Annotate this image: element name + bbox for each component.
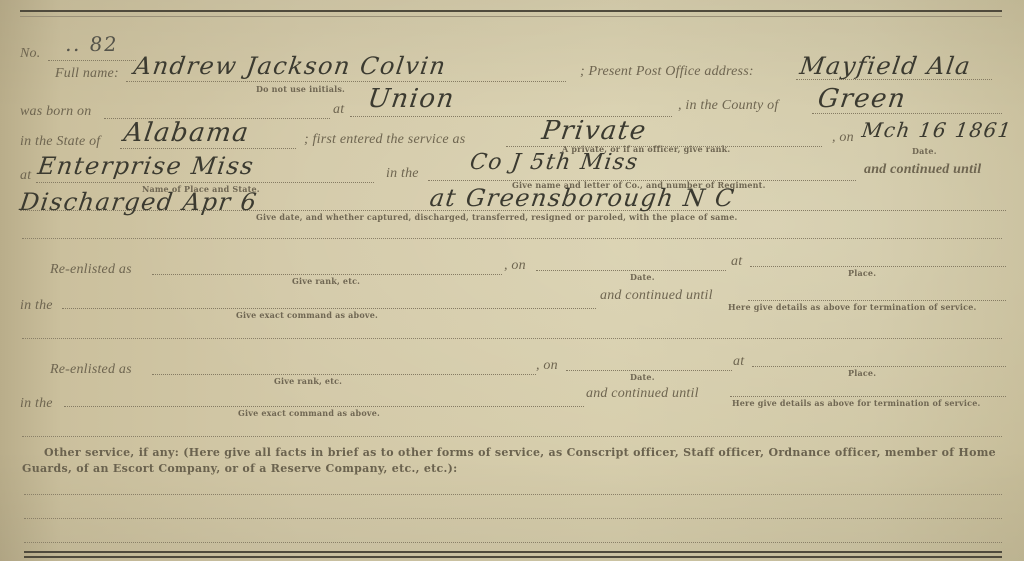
entered-on-field[interactable]: Mch 16 1861 (860, 118, 1013, 142)
reenlisted-termination-line-2[interactable] (730, 396, 1006, 397)
born-at-label: at (333, 102, 344, 118)
at-label-2: at (733, 354, 744, 370)
termination-hint-2: Here give details as above for terminati… (732, 398, 981, 408)
reenlisted-command-line-1[interactable] (62, 308, 596, 309)
place-hint-1: Place. (848, 268, 876, 278)
company-label: in the (386, 166, 419, 182)
reenlisted-rank-line-1[interactable] (152, 274, 502, 275)
other-service-line-1: Other service, if any: (Here give all fa… (44, 446, 996, 459)
blank-line[interactable] (22, 238, 1002, 239)
on-label-2: , on (536, 358, 558, 374)
entered-service-field[interactable]: Private (540, 116, 649, 146)
other-service-input-line-3[interactable] (24, 542, 1002, 543)
number-field[interactable]: .. 82 (64, 32, 119, 56)
continued-until-label-2: and continued until (586, 386, 699, 402)
reenlisted-date-line-1[interactable] (536, 270, 726, 271)
termination-hint-1: Here give details as above for terminati… (728, 302, 977, 312)
rank-hint-2: Give rank, etc. (274, 376, 342, 386)
county-label: , in the County of (678, 98, 778, 114)
full-name-label: Full name: (55, 66, 119, 82)
state-line (120, 148, 296, 149)
termination-hint: Give date, and whether captured, dischar… (256, 212, 737, 222)
blank-line-3[interactable] (22, 436, 1002, 437)
state-field[interactable]: Alabama (122, 118, 252, 148)
reenlisted-rank-line-2[interactable] (152, 374, 536, 375)
full-name-line (126, 81, 566, 82)
other-service-line-2: Guards, of an Escort Company, or of a Re… (22, 462, 458, 475)
entered-service-label: ; first entered the service as (304, 132, 465, 148)
on-label-1: , on (504, 258, 526, 274)
post-office-field[interactable]: Mayfield Ala (798, 52, 973, 80)
entered-on-label: , on (832, 130, 854, 146)
date-hint-1: Date. (630, 272, 655, 282)
reenlisted-place-line-2[interactable] (752, 366, 1006, 367)
blank-line-2[interactable] (22, 338, 1002, 339)
entered-on-hint: Date. (912, 146, 937, 156)
in-the-label-1: in the (20, 298, 53, 314)
place-hint-2: Place. (848, 368, 876, 378)
reenlisted-command-line-2[interactable] (64, 406, 584, 407)
post-office-label: ; Present Post Office address: (580, 64, 754, 80)
command-hint-2: Give exact command as above. (238, 408, 380, 418)
at-label-1: at (731, 254, 742, 270)
reenlisted-termination-line-1[interactable] (748, 300, 1006, 301)
place-field[interactable]: Enterprise Miss (36, 152, 256, 180)
reenlisted-place-line-1[interactable] (750, 266, 1006, 267)
place-label: at (20, 168, 31, 184)
number-field-line (48, 60, 136, 61)
command-hint-1: Give exact command as above. (236, 310, 378, 320)
top-rule-inner (20, 16, 1002, 17)
continued-until-label-1: and continued until (600, 288, 713, 304)
other-service-input-line-1[interactable] (24, 494, 1002, 495)
state-label: in the State of (20, 134, 100, 150)
born-on-label: was born on (20, 104, 91, 120)
county-field[interactable]: Green (816, 84, 908, 114)
number-label: No. (20, 46, 40, 62)
date-hint-2: Date. (630, 372, 655, 382)
reenlisted-date-line-2[interactable] (566, 370, 732, 371)
born-at-field[interactable]: Union (366, 84, 457, 114)
bottom-rule (24, 551, 1002, 553)
bottom-rule-lower (24, 556, 1002, 558)
reenlisted-label-1: Re-enlisted as (50, 262, 132, 278)
top-rule (20, 10, 1002, 12)
full-name-hint: Do not use initials. (256, 84, 345, 94)
continued-until-label: and continued until (864, 162, 981, 178)
other-service-input-line-2[interactable] (24, 518, 1002, 519)
full-name-field[interactable]: Andrew Jackson Colvin (132, 52, 448, 80)
rank-hint-1: Give rank, etc. (292, 276, 360, 286)
termination-place-field[interactable]: at Greensborough N C (428, 184, 737, 212)
company-field[interactable]: Co J 5th Miss (468, 150, 640, 175)
reenlisted-label-2: Re-enlisted as (50, 362, 132, 378)
termination-field[interactable]: Discharged Apr 6 (18, 188, 259, 216)
place-line (36, 182, 374, 183)
in-the-label-2: in the (20, 396, 53, 412)
